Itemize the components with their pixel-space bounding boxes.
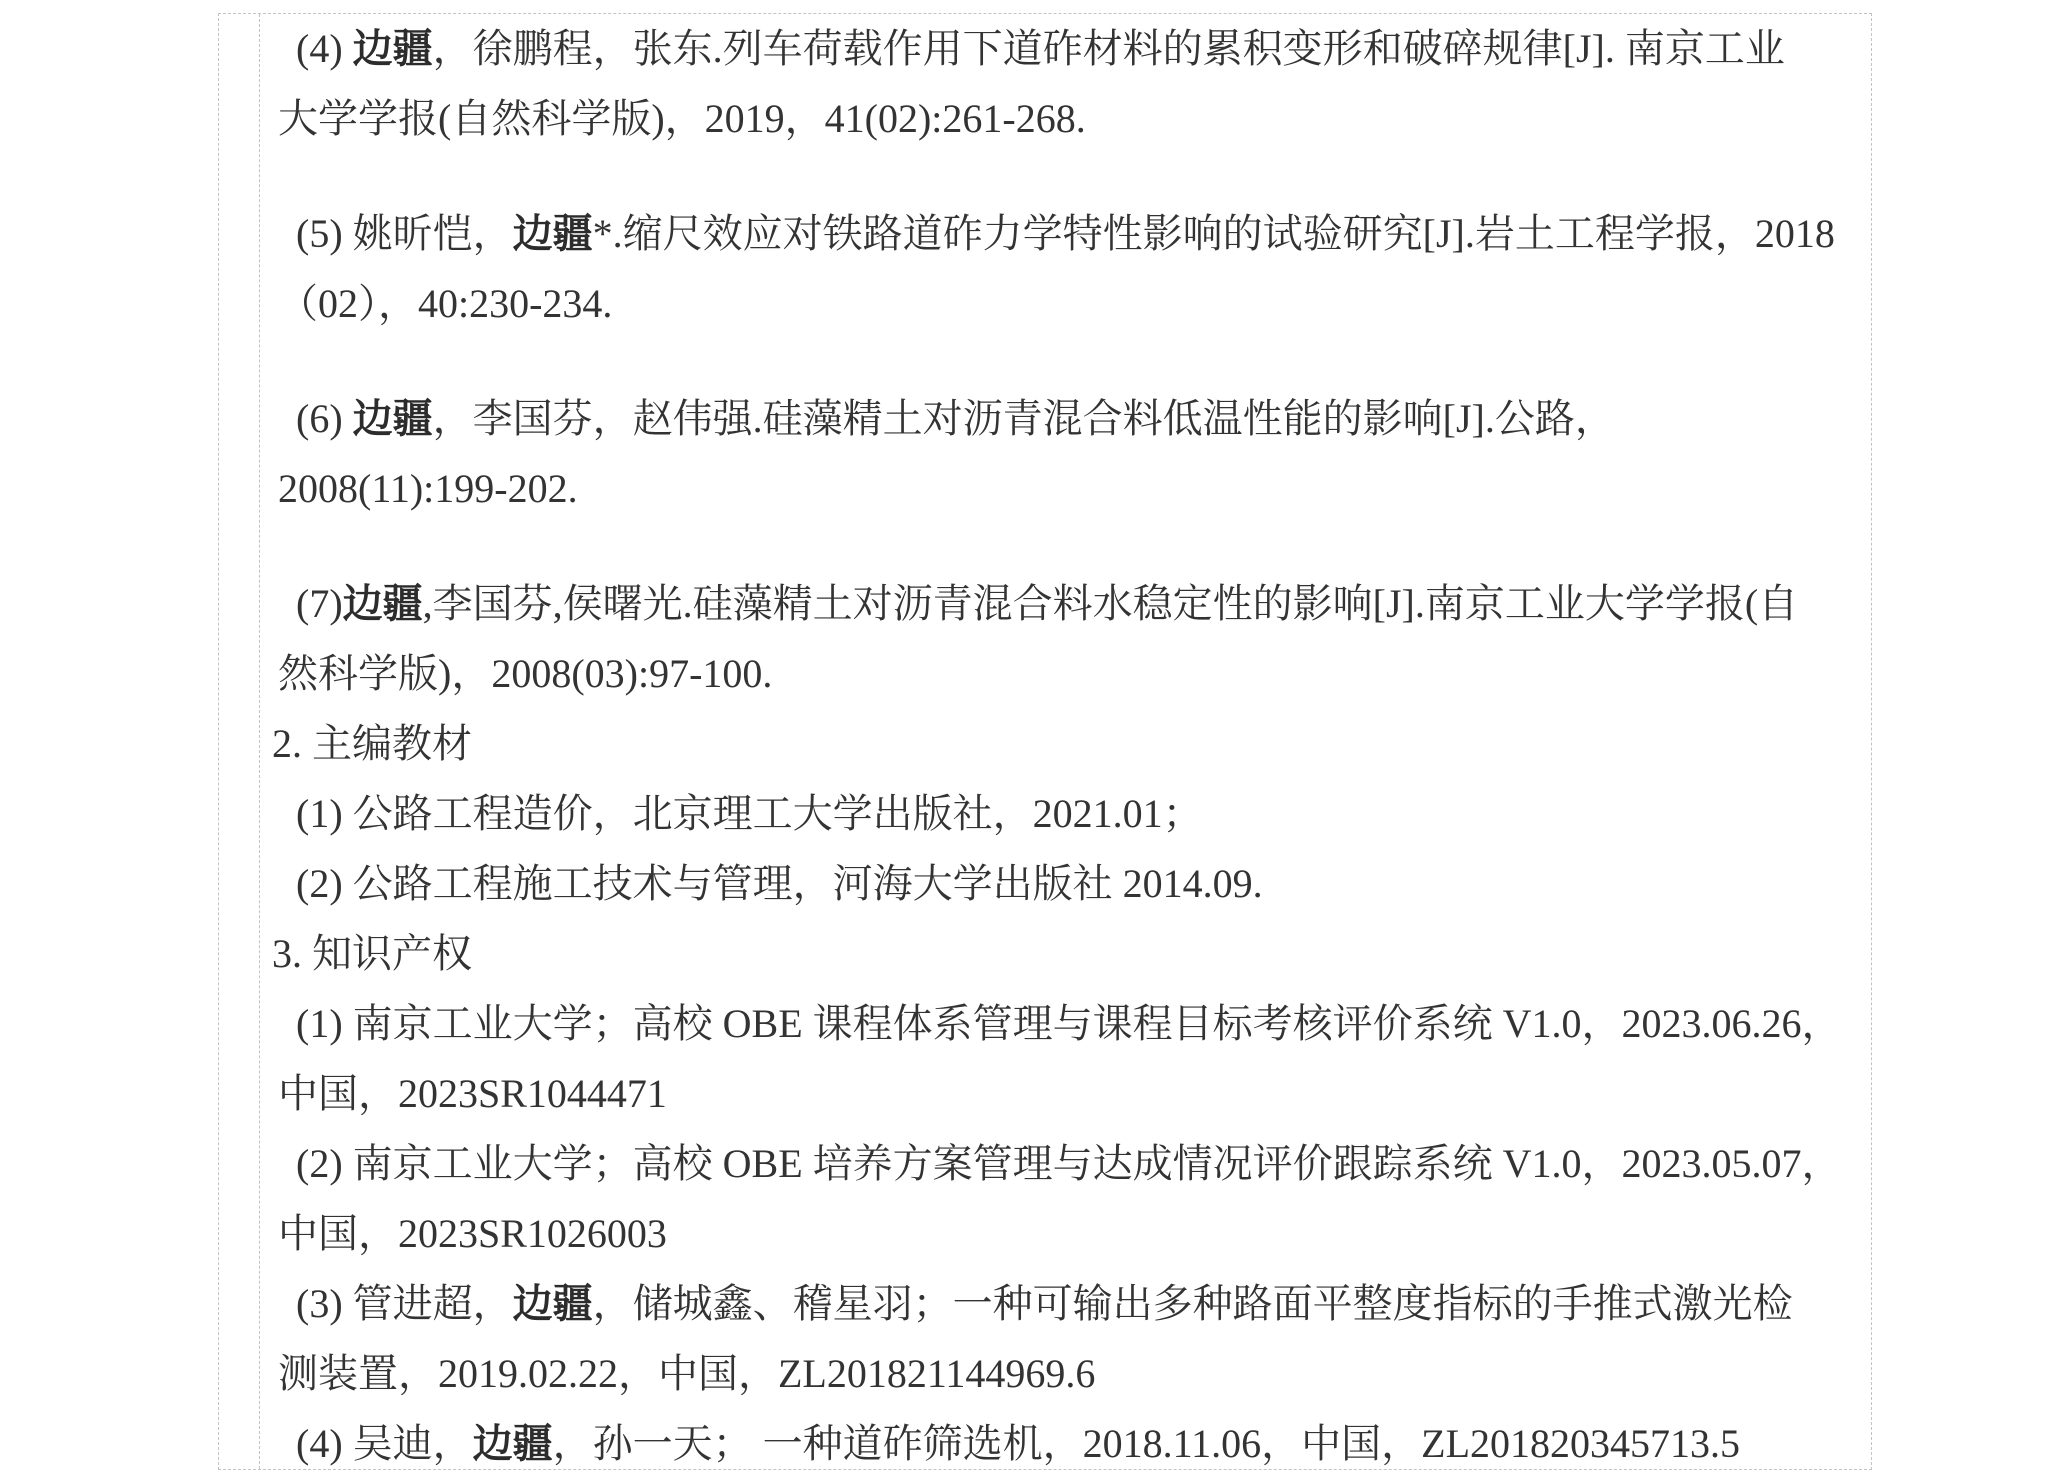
text-segment: (6): [296, 396, 353, 441]
text-segment: 2. 主编教材: [272, 721, 472, 766]
author-name-bold: 边疆: [353, 397, 433, 441]
text-segment: (4): [296, 26, 353, 71]
text-segment: (4) 吴迪，: [296, 1421, 473, 1466]
ip-item-3: (3) 管进超，边疆，储城鑫、稽星羽；一种可输出多种路面平整度指标的手推式激光检…: [278, 1269, 1855, 1409]
text-segment: （02），40:230-234.: [278, 281, 612, 326]
section-heading-textbooks: 2. 主编教材: [278, 709, 1855, 779]
text-segment: 大学学报(自然科学版)，2019，41(02):261-268.: [278, 96, 1086, 141]
text-segment: 3. 知识产权: [272, 931, 472, 976]
content-table: (4) 边疆，徐鹏程，张东.列车荷载作用下道砟材料的累积变形和破碎规律[J]. …: [218, 13, 1872, 1470]
text-segment: 中国，2023SR1044471: [278, 1071, 667, 1116]
text-segment: 中国，2023SR1026003: [278, 1211, 667, 1256]
text-segment: *.缩尺效应对铁路道砟力学特性影响的试验研究[J].岩土工程学报，2018: [593, 211, 1835, 256]
text-segment: (2) 南京工业大学；高校 OBE 培养方案管理与达成情况评价跟踪系统 V1.0…: [296, 1141, 1842, 1186]
text-segment: (1) 南京工业大学；高校 OBE 课程体系管理与课程目标考核评价系统 V1.0…: [296, 1001, 1842, 1046]
document-content: (4) 边疆，徐鹏程，张东.列车荷载作用下道砟材料的累积变形和破碎规律[J]. …: [260, 14, 1871, 1469]
text-segment: ，徐鹏程，张东.列车荷载作用下道砟材料的累积变形和破碎规律[J]. 南京工业: [433, 26, 1785, 71]
ip-item-2: (2) 南京工业大学；高校 OBE 培养方案管理与达成情况评价跟踪系统 V1.0…: [278, 1129, 1855, 1269]
section-heading-ip: 3. 知识产权: [278, 919, 1855, 989]
text-segment: ，李国芬，赵伟强.硅藻精土对沥青混合料低温性能的影响[J].公路，: [433, 396, 1615, 441]
author-name-bold: 边疆: [473, 1422, 553, 1466]
publication-item-4: (4) 边疆，徐鹏程，张东.列车荷载作用下道砟材料的累积变形和破碎规律[J]. …: [278, 14, 1855, 154]
text-segment: (5) 姚昕恺，: [296, 211, 513, 256]
textbook-item-2: (2) 公路工程施工技术与管理，河海大学出版社 2014.09.: [278, 849, 1855, 919]
textbook-item-1: (1) 公路工程造价，北京理工大学出版社，2021.01；: [278, 779, 1855, 849]
author-name-bold: 边疆: [513, 1282, 593, 1326]
publication-item-6: (6) 边疆，李国芬，赵伟强.硅藻精土对沥青混合料低温性能的影响[J].公路，2…: [278, 384, 1855, 524]
ip-item-4: (4) 吴迪，边疆，孙一天； 一种道砟筛选机，2018.11.06，中国，ZL2…: [278, 1409, 1855, 1469]
text-segment: ，孙一天； 一种道砟筛选机，2018.11.06，中国，ZL2018203457…: [553, 1421, 1740, 1466]
text-segment: 2008(11):199-202.: [278, 466, 578, 511]
text-segment: 测装置，2019.02.22，中国，ZL201821144969.6: [278, 1351, 1095, 1396]
publication-item-7: (7)边疆,李国芬,侯曙光.硅藻精土对沥青混合料水稳定性的影响[J].南京工业大…: [278, 569, 1855, 709]
text-segment: 然科学版)，2008(03):97-100.: [278, 651, 772, 696]
publication-item-5: (5) 姚昕恺，边疆*.缩尺效应对铁路道砟力学特性影响的试验研究[J].岩土工程…: [278, 199, 1855, 339]
text-segment: ，储城鑫、稽星羽；一种可输出多种路面平整度指标的手推式激光检: [593, 1281, 1793, 1326]
text-segment: (3) 管进超，: [296, 1281, 513, 1326]
author-name-bold: 边疆: [513, 212, 593, 256]
text-segment: (7): [296, 581, 343, 626]
text-segment: (2) 公路工程施工技术与管理，河海大学出版社 2014.09.: [296, 861, 1263, 906]
text-segment: ,李国芬,侯曙光.硅藻精土对沥青混合料水稳定性的影响[J].南京工业大学学报(自: [423, 581, 1799, 626]
text-segment: (1) 公路工程造价，北京理工大学出版社，2021.01；: [296, 791, 1203, 836]
author-name-bold: 边疆: [353, 27, 433, 71]
table-left-gutter-cell: [219, 14, 260, 1469]
author-name-bold: 边疆: [343, 582, 423, 626]
ip-item-1: (1) 南京工业大学；高校 OBE 课程体系管理与课程目标考核评价系统 V1.0…: [278, 989, 1855, 1129]
